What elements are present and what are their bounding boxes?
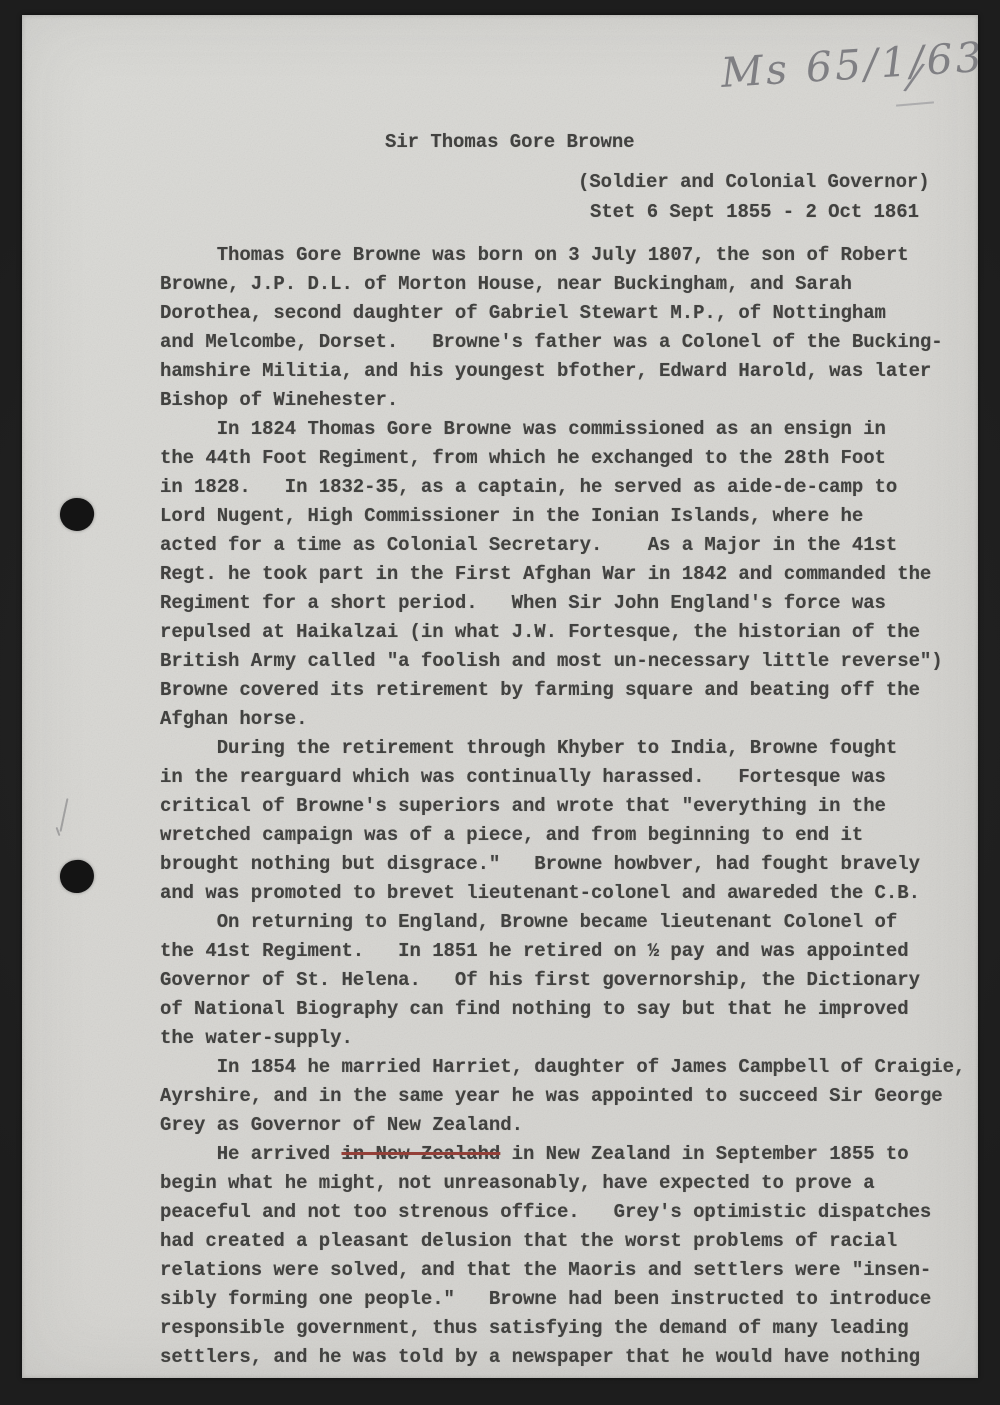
body-line: in the rearguard which was continually h… xyxy=(160,763,965,792)
body-line: peaceful and not too strenous office. Gr… xyxy=(160,1198,965,1227)
body-line: and Melcombe, Dorset. Browne's father wa… xyxy=(160,328,965,357)
body-line: Dorothea, second daughter of Gabriel Ste… xyxy=(160,299,965,328)
body-line: and was promoted to brevet lieutenant-co… xyxy=(160,879,965,908)
body-line: begin what he might, not unreasonably, h… xyxy=(160,1169,965,1198)
body-line: British Army called "a foolish and most … xyxy=(160,647,965,676)
body-line: sibly forming one people." Browne had be… xyxy=(160,1285,965,1314)
body-line: in 1828. In 1832-35, as a captain, he se… xyxy=(160,473,965,502)
document-body: Thomas Gore Browne was born on 3 July 18… xyxy=(160,241,965,1372)
body-line: Browne, J.P. D.L. of Morton House, near … xyxy=(160,270,965,299)
paragraph: Thomas Gore Browne was born on 3 July 18… xyxy=(160,241,965,415)
body-line: hamshire Militia, and his youngest bfoth… xyxy=(160,357,965,386)
page-title: Sir Thomas Gore Browne xyxy=(385,131,635,153)
body-line: Lord Nugent, High Commissioner in the Io… xyxy=(160,502,965,531)
body-line: relations were solved, and that the Maor… xyxy=(160,1256,965,1285)
pencil-mark xyxy=(59,798,68,832)
body-line: the 41st Regiment. In 1851 he retired on… xyxy=(160,937,965,966)
body-line: Governor of St. Helena. Of his first gov… xyxy=(160,966,965,995)
body-line: critical of Browne's superiors and wrote… xyxy=(160,792,965,821)
paragraph: In 1854 he married Harriet, daughter of … xyxy=(160,1053,965,1140)
scan-background: Ms 65/1/63 ∕ Sir Thomas Gore Browne (Sol… xyxy=(0,0,1000,1405)
body-line: settlers, and he was told by a newspaper… xyxy=(160,1343,965,1372)
body-line: Browne covered its retirement by farming… xyxy=(160,676,965,705)
page-subtitle: (Soldier and Colonial Governor) xyxy=(578,171,930,193)
paragraph: He arrived in New Zealahd in New Zealand… xyxy=(160,1140,965,1372)
body-line: the 44th Foot Regiment, from which he ex… xyxy=(160,444,965,473)
body-line: Thomas Gore Browne was born on 3 July 18… xyxy=(160,241,965,270)
body-line: Afghan horse. xyxy=(160,705,965,734)
body-line: Grey as Governor of New Zealand. xyxy=(160,1111,965,1140)
body-line: Regt. he took part in the First Afghan W… xyxy=(160,560,965,589)
document-page: Ms 65/1/63 ∕ Sir Thomas Gore Browne (Sol… xyxy=(22,15,978,1378)
body-line: During the retirement through Khyber to … xyxy=(160,734,965,763)
hole-punch-top xyxy=(58,496,96,533)
body-line: acted for a time as Colonial Secretary. … xyxy=(160,531,965,560)
body-line: of National Biography can find nothing t… xyxy=(160,995,965,1024)
paragraph: On returning to England, Browne became l… xyxy=(160,908,965,1053)
body-line: Bishop of Winehester. xyxy=(160,386,965,415)
hole-punch-bottom xyxy=(58,858,95,894)
handwritten-annotation: Ms 65/1/63 xyxy=(719,33,978,139)
body-line: the water-supply. xyxy=(160,1024,965,1053)
body-line: repulsed at Haikalzai (in what J.W. Fort… xyxy=(160,618,965,647)
tenure-dates: Stet 6 Sept 1855 - 2 Oct 1861 xyxy=(590,201,919,223)
paragraph: During the retirement through Khyber to … xyxy=(160,734,965,908)
body-line: In 1854 he married Harriet, daughter of … xyxy=(160,1053,965,1082)
body-line: On returning to England, Browne became l… xyxy=(160,908,965,937)
struck-text: in New Zealahd xyxy=(341,1143,500,1165)
body-line: Ayrshire, and in the same year he was ap… xyxy=(160,1082,965,1111)
paragraph: In 1824 Thomas Gore Browne was commissio… xyxy=(160,415,965,734)
body-line: had created a pleasant delusion that the… xyxy=(160,1227,965,1256)
body-line: brought nothing but disgrace." Browne ho… xyxy=(160,850,965,879)
body-line: Regiment for a short period. When Sir Jo… xyxy=(160,589,965,618)
body-line: In 1824 Thomas Gore Browne was commissio… xyxy=(160,415,965,444)
body-line: He arrived in New Zealahd in New Zealand… xyxy=(160,1140,965,1169)
body-line: responsible government, thus satisfying … xyxy=(160,1314,965,1343)
body-line: wretched campaign was of a piece, and fr… xyxy=(160,821,965,850)
